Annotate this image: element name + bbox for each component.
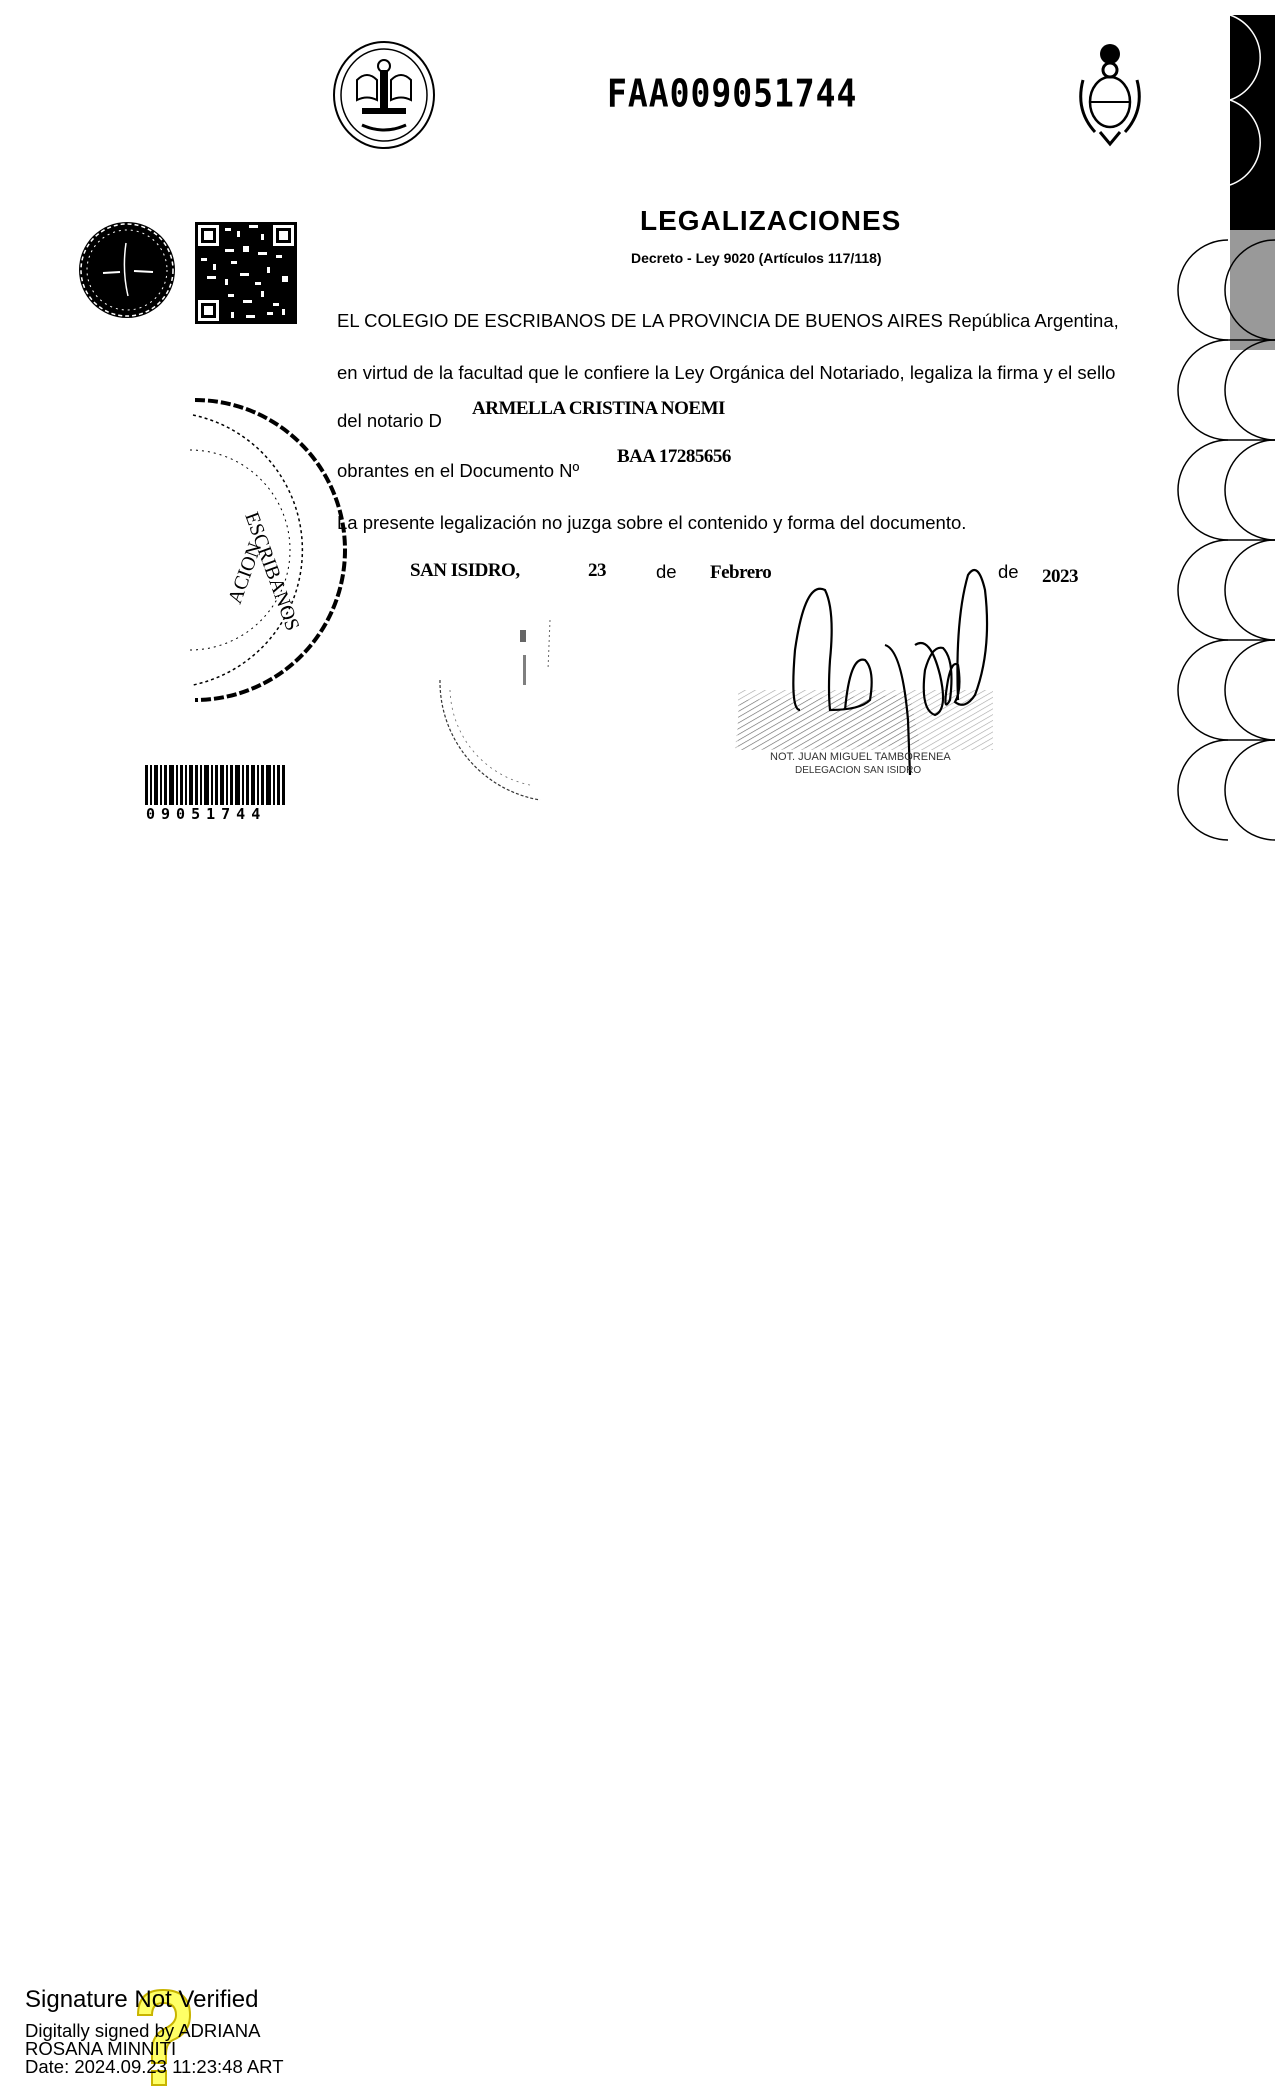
barcode-icon bbox=[145, 765, 285, 805]
legalizacion-stamp-icon: ESCRIBANOS ACION bbox=[185, 395, 295, 705]
signature-date: Date: 2024.09.23 11:23:48 ART bbox=[25, 2058, 284, 2077]
body-line-3: del notario D bbox=[337, 410, 442, 432]
qr-code-icon bbox=[195, 222, 297, 324]
date-year: 2023 bbox=[1042, 566, 1078, 588]
barcode-number: 09051744 bbox=[146, 805, 266, 823]
body-line-2: en virtud de la facultad que le confiere… bbox=[337, 362, 1115, 384]
colegio-escribanos-seal-icon bbox=[332, 40, 436, 150]
date-de-1: de bbox=[656, 561, 677, 583]
notary-name: ARMELLA CRISTINA NOEMI bbox=[472, 398, 725, 420]
body-line-5: La presente legalización no juzga sobre … bbox=[337, 512, 966, 534]
body-line-1: EL COLEGIO DE ESCRIBANOS DE LA PROVINCIA… bbox=[337, 310, 1119, 332]
document-title: LEGALIZACIONES bbox=[640, 205, 901, 237]
document-number-label: obrantes en el Documento Nº bbox=[337, 460, 579, 481]
serial-number: FAA009051744 bbox=[607, 71, 857, 116]
date-place: SAN ISIDRO, bbox=[410, 560, 520, 582]
notary-label: del notario D bbox=[337, 410, 442, 431]
faded-round-stamp-icon bbox=[420, 600, 570, 810]
signature-status: Signature Not Verified bbox=[25, 1988, 258, 2012]
document-number: BAA 17285656 bbox=[617, 446, 731, 468]
handwritten-signature: NOT. JUAN MIGUEL TAMBORENEA DELEGACION S… bbox=[730, 560, 1000, 810]
svg-text:ACION: ACION bbox=[224, 540, 266, 607]
document-subtitle: Decreto - Ley 9020 (Artículos 117/118) bbox=[631, 250, 882, 266]
signer-stamp-line-1: NOT. JUAN MIGUEL TAMBORENEA bbox=[770, 751, 951, 763]
date-de-2: de bbox=[998, 561, 1019, 583]
hologram-seal-icon bbox=[78, 218, 176, 322]
security-border-icon bbox=[1228, 15, 1275, 885]
body-line-4: obrantes en el Documento Nº bbox=[337, 460, 579, 482]
date-day: 23 bbox=[588, 560, 606, 582]
argentina-coat-of-arms-icon bbox=[1075, 40, 1145, 150]
signer-stamp-line-2: DELEGACION SAN ISIDRO bbox=[795, 765, 921, 776]
